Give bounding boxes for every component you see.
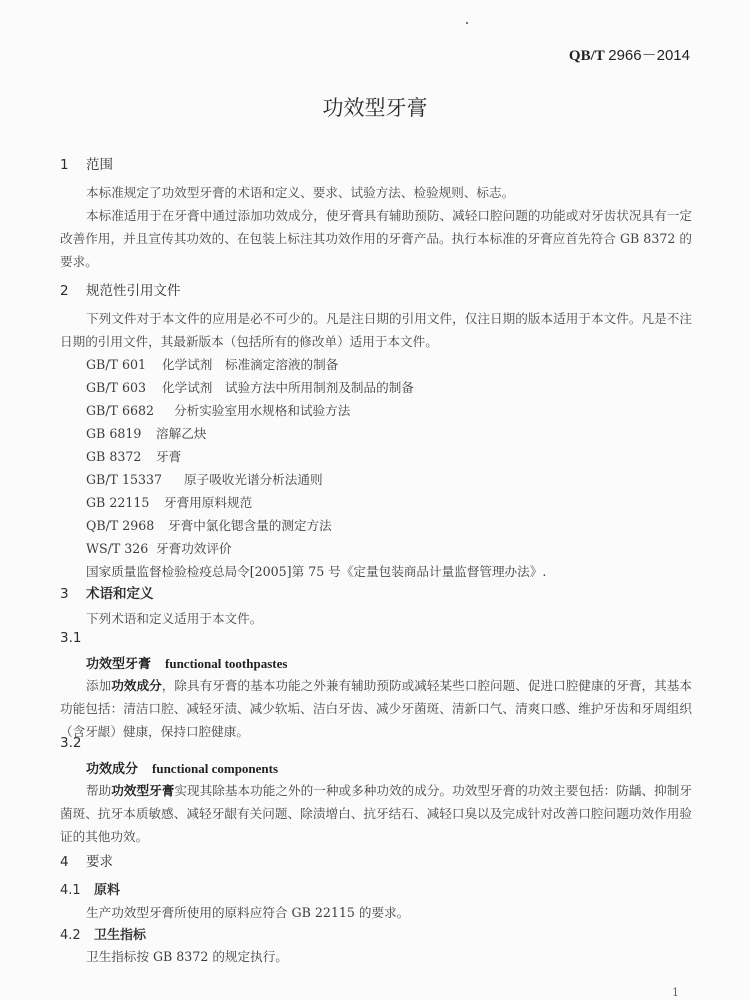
section-1-para-2: 本标准适用于在牙膏中通过添加功效成分，使牙膏具有辅助预防、减轻口腔问题的功能或对… — [60, 204, 692, 273]
section-4-heading: 4要求 — [60, 850, 113, 870]
section-1-para-1: 本标准规定了功效型牙膏的术语和定义、要求、试验方法、检验规则、标志。 — [60, 181, 692, 204]
document-title: 功效型牙膏 — [0, 92, 750, 122]
term-3-1-definition: 添加功效成分，除具有牙膏的基本功能之外兼有辅助预防或减轻某些口腔问题、促进口腔健… — [60, 674, 692, 743]
reference-item: GB 6819溶解乙炔 — [86, 423, 206, 442]
section-title: 要求 — [86, 854, 113, 870]
subsection-4-1-heading: 4.1原料 — [60, 879, 120, 898]
term-3-2-heading: 功效成分functional components — [86, 758, 278, 777]
subsection-4-1-text: 生产功效型牙膏所使用的原料应符合 GB 22115 的要求。 — [86, 902, 409, 921]
reference-item: GB 8372牙膏 — [86, 446, 181, 465]
section-title: 范围 — [86, 157, 113, 173]
term-zh: 功效型牙膏 — [86, 657, 151, 672]
subsection-4-2-heading: 4.2卫生指标 — [60, 924, 146, 943]
term-3-1-number: 3.1 — [60, 630, 81, 646]
reference-item: GB 22115牙膏用原料规范 — [86, 492, 252, 511]
section-number: 4 — [60, 854, 86, 870]
standard-code: QB/T 2966－2014 — [569, 44, 690, 65]
reference-decree: 国家质量监督检验检疫总局令[2005]第 75 号《定量包装商品计量监督管理办法… — [86, 561, 546, 580]
section-3-intro: 下列术语和定义适用于本文件。 — [60, 607, 692, 630]
section-number: 1 — [60, 157, 86, 173]
section-number: 2 — [60, 283, 86, 299]
reference-item: GB/T 601化学试剂 标准滴定溶液的制备 — [86, 354, 338, 373]
term-3-2-number: 3.2 — [60, 735, 81, 751]
section-title: 术语和定义 — [86, 586, 154, 602]
reference-item: QB/T 2968牙膏中氯化锶含量的测定方法 — [86, 515, 332, 534]
subsection-4-2-text: 卫生指标按 GB 8372 的规定执行。 — [86, 946, 288, 965]
term-3-1-heading: 功效型牙膏functional toothpastes — [86, 653, 287, 672]
reference-item: GB/T 603化学试剂 试验方法中所用制剂及制品的制备 — [86, 377, 414, 396]
reference-item: GB/T 15337原子吸收光谱分析法通则 — [86, 469, 323, 488]
standard-prefix: QB/T — [569, 48, 605, 64]
standard-number: 2966－2014 — [608, 47, 690, 64]
reference-item: WS/T 326牙膏功效评价 — [86, 538, 232, 557]
section-number: 3 — [60, 586, 86, 602]
scan-speck — [466, 22, 468, 24]
page-number: 1 — [672, 986, 679, 999]
term-3-2-definition: 帮助功效型牙膏实现其除基本功能之外的一种或多种功效的成分。功效型牙膏的功效主要包… — [60, 779, 692, 848]
section-1-heading: 1范围 — [60, 153, 113, 173]
term-zh: 功效成分 — [86, 762, 138, 777]
section-2-heading: 2规范性引用文件 — [60, 279, 181, 299]
reference-item: GB/T 6682分析实验室用水规格和试验方法 — [86, 400, 350, 419]
section-3-heading: 3术语和定义 — [60, 582, 154, 602]
term-en: functional toothpastes — [165, 656, 287, 671]
section-title: 规范性引用文件 — [86, 283, 181, 299]
term-en: functional components — [152, 761, 278, 776]
section-2-intro: 下列文件对于本文件的应用是必不可少的。凡是注日期的引用文件，仅注日期的版本适用于… — [60, 307, 692, 353]
